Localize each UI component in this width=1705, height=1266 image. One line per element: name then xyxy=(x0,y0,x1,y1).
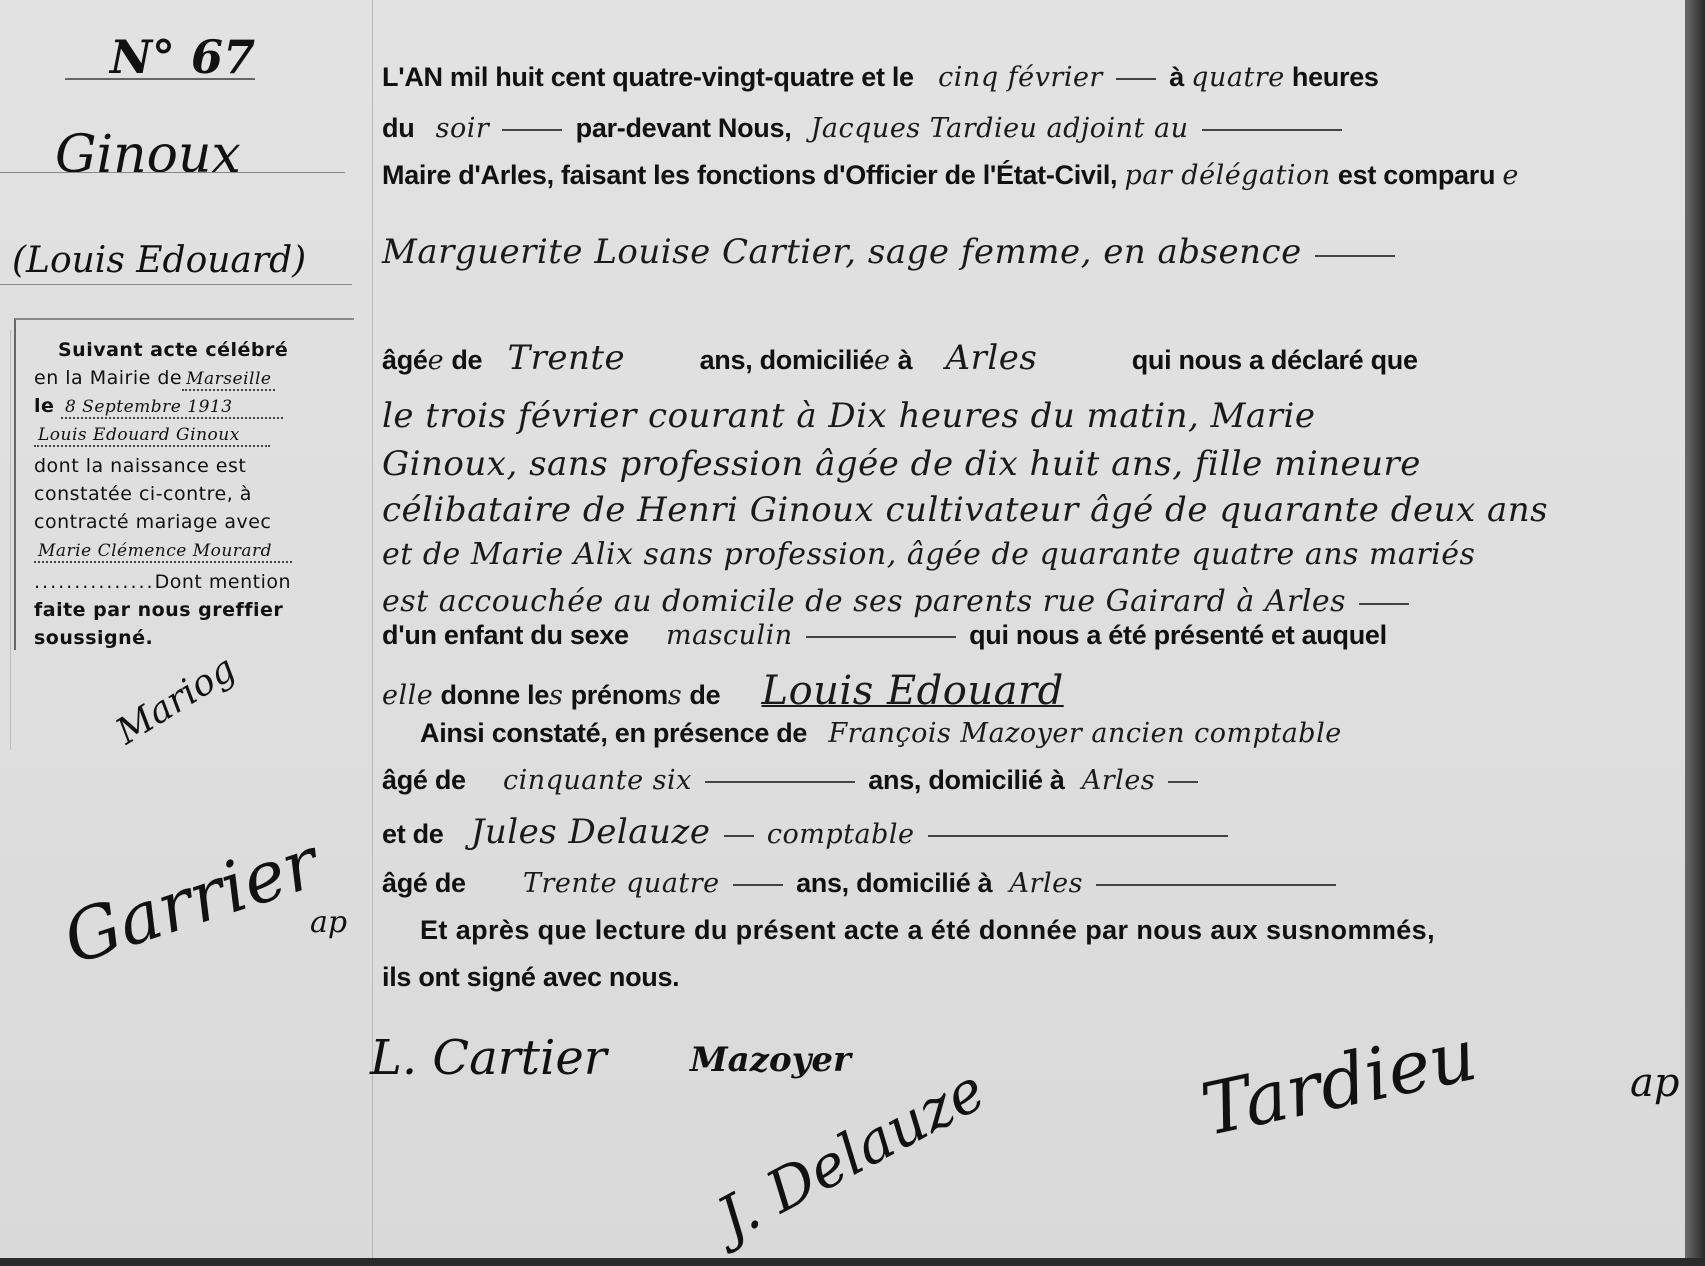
handwritten-suffix: e xyxy=(1502,160,1518,191)
printed-text: ans, domicilié xyxy=(700,345,874,375)
printed-text: prénom xyxy=(571,680,668,710)
handwritten-town: Arles xyxy=(946,338,1038,378)
officer-signature-suffix: ap xyxy=(1630,1060,1679,1106)
margin-rule xyxy=(0,284,352,285)
stamp-line: Louis Edouard Ginoux xyxy=(34,420,270,449)
handwritten-town: Arles xyxy=(1010,868,1083,899)
act-line-10: est accouchée au domicile de ses parents… xyxy=(382,584,1415,619)
printed-text: âgé de xyxy=(382,765,466,795)
printed-text: ans, domicilié à xyxy=(868,765,1064,795)
handwritten-witness-1: François Mazoyer ancien comptable xyxy=(828,718,1341,749)
act-line-14: âgé de cinquante six ans, domicilié à Ar… xyxy=(382,765,1204,796)
greffier-signature: Mariog xyxy=(109,648,242,753)
printed-text: du xyxy=(382,113,414,143)
margin-surname: Ginoux xyxy=(55,125,241,185)
handwritten-period: soir xyxy=(436,113,490,144)
left-edge-rule xyxy=(10,330,11,750)
stamp-line: faite par nous greffier xyxy=(34,596,283,624)
printed-text: âgé de xyxy=(382,868,466,898)
handwritten-text: Ginoux, sans profession âgée de dix huit… xyxy=(382,444,1421,484)
acte-number: N° 67 xyxy=(110,30,255,84)
handwritten-text: et de Marie Alix sans profession, âgée d… xyxy=(382,537,1475,572)
margin-rule xyxy=(0,172,345,173)
stamp-line: Suivant acte célébré xyxy=(58,336,288,364)
handwritten-age: Trente xyxy=(507,338,625,378)
stamp-line: contracté mariage avec xyxy=(34,508,271,536)
marriage-mention-stamp: Suivant acte célébré en la Mairie deMars… xyxy=(14,318,354,650)
act-line-4: Marguerite Louise Cartier, sage femme, e… xyxy=(382,232,1401,272)
officer-signature: Tardieu xyxy=(1194,1012,1483,1152)
handwritten-e: e xyxy=(874,345,890,376)
stamp-printed: Dont mention xyxy=(155,571,291,593)
page-binding-edge xyxy=(1685,0,1705,1266)
stamp-handwritten-town: Marseille xyxy=(182,369,275,391)
handwritten-age: cinquante six xyxy=(503,765,692,796)
handwritten-sex: masculin xyxy=(666,620,793,651)
printed-text: par-devant Nous, xyxy=(576,113,792,143)
stamp-line: en la Mairie deMarseille xyxy=(34,364,275,393)
declarant-signature: L. Cartier xyxy=(370,1030,607,1086)
handwritten-witness-2: Jules Delauze xyxy=(471,812,711,852)
stamp-line: ...............Dont mention xyxy=(34,568,291,596)
printed-text: est comparu xyxy=(1338,160,1495,190)
printed-text: L'AN mil huit cent quatre-vingt-quatre e… xyxy=(382,62,914,92)
act-line-13: Ainsi constaté, en présence de François … xyxy=(420,718,1342,749)
margin-signature-suffix: ap xyxy=(310,905,347,940)
act-line-3: Maire d'Arles, faisant les fonctions d'O… xyxy=(382,160,1519,191)
handwritten-elle: elle xyxy=(382,680,433,711)
printed-text: qui nous a déclaré que xyxy=(1132,345,1418,375)
act-line-17: Et après que lecture du présent acte a é… xyxy=(420,915,1435,946)
printed-text: donne le xyxy=(440,680,549,710)
stamp-handwritten-bride: Marie Clémence Mourard xyxy=(34,541,292,563)
printed-text: ans, domicilié à xyxy=(796,868,992,898)
handwritten-text: est accouchée au domicile de ses parents… xyxy=(382,584,1346,619)
act-line-8: célibataire de Henri Ginoux cultivateur … xyxy=(382,490,1548,530)
stamp-line: constatée ci-contre, à xyxy=(34,480,252,508)
act-line-6: le trois février courant à Dix heures du… xyxy=(382,396,1315,436)
handwritten-officer: Jacques Tardieu adjoint au xyxy=(811,113,1189,144)
printed-text: qui nous a été présenté et auquel xyxy=(969,620,1387,650)
act-line-1: L'AN mil huit cent quatre-vingt-quatre e… xyxy=(382,62,1379,93)
act-line-18: ils ont signé avec nous. xyxy=(382,962,679,993)
handwritten-s: s xyxy=(668,680,682,711)
margin-given-names: (Louis Edouard) xyxy=(12,240,306,281)
printed-text: Ainsi constaté, en présence de xyxy=(420,718,807,748)
handwritten-age: Trente quatre xyxy=(523,868,720,899)
act-line-16: âgé de Trente quatre ans, domicilié à Ar… xyxy=(382,868,1342,899)
stamp-line: le 8 Septembre 1913 xyxy=(34,392,283,421)
stamp-handwritten-date: 8 Septembre 1913 xyxy=(61,397,283,419)
act-line-11: d'un enfant du sexe masculin qui nous a … xyxy=(382,620,1387,651)
handwritten-text: célibataire de Henri Ginoux cultivateur … xyxy=(382,490,1548,530)
handwritten-profession: comptable xyxy=(767,819,915,850)
witness-1-signature: Mazoyer xyxy=(690,1040,851,1080)
handwritten-text: le trois février courant à Dix heures du… xyxy=(382,396,1315,436)
stamp-printed: en la Mairie de xyxy=(34,367,182,389)
handwritten-declarant: Marguerite Louise Cartier, sage femme, e… xyxy=(382,232,1302,272)
printed-text: Maire d'Arles, faisant les fonctions d'O… xyxy=(382,160,1117,190)
acte-number-underline xyxy=(65,78,255,80)
margin-signature: Garrier xyxy=(54,822,328,981)
stamp-line: dont la naissance est xyxy=(34,452,246,480)
printed-text: heures xyxy=(1292,62,1379,92)
handwritten-e: e xyxy=(428,345,444,376)
act-line-5: âgée de Trente ans, domiciliée à Arles q… xyxy=(382,338,1418,378)
printed-text: et de xyxy=(382,819,444,849)
handwritten-hour: quatre xyxy=(1191,62,1285,93)
printed-text: à xyxy=(1169,62,1184,92)
act-line-12: elle donne les prénoms de Louis Edouard xyxy=(382,668,1064,714)
stamp-printed: le xyxy=(34,395,54,417)
printed-text: de xyxy=(689,680,720,710)
stamp-line: Marie Clémence Mourard xyxy=(34,536,292,565)
printed-text: d'un enfant du sexe xyxy=(382,620,629,650)
handwritten-given-names: Louis Edouard xyxy=(762,668,1064,714)
stamp-line: soussigné. xyxy=(34,624,153,652)
printed-text: de xyxy=(451,345,482,375)
handwritten-delegation: par délégation xyxy=(1124,160,1330,191)
page-bottom-edge xyxy=(0,1258,1705,1266)
printed-text: à xyxy=(898,345,913,375)
stamp-dots: ............... xyxy=(34,571,155,593)
handwritten-s: s xyxy=(549,680,563,711)
register-page: N° 67 Ginoux (Louis Edouard) Suivant act… xyxy=(0,0,1685,1266)
witness-2-signature: J. Delauze xyxy=(706,1055,996,1252)
act-line-2: du soir par-devant Nous, Jacques Tardieu… xyxy=(382,113,1348,144)
act-line-7: Ginoux, sans profession âgée de dix huit… xyxy=(382,444,1421,484)
printed-text: âgé xyxy=(382,345,428,375)
handwritten-town: Arles xyxy=(1082,765,1155,796)
act-line-15: et de Jules Delauze comptable xyxy=(382,812,1234,852)
act-line-9: et de Marie Alix sans profession, âgée d… xyxy=(382,537,1475,572)
stamp-handwritten-groom: Louis Edouard Ginoux xyxy=(34,425,270,447)
handwritten-date: cinq février xyxy=(938,62,1103,93)
